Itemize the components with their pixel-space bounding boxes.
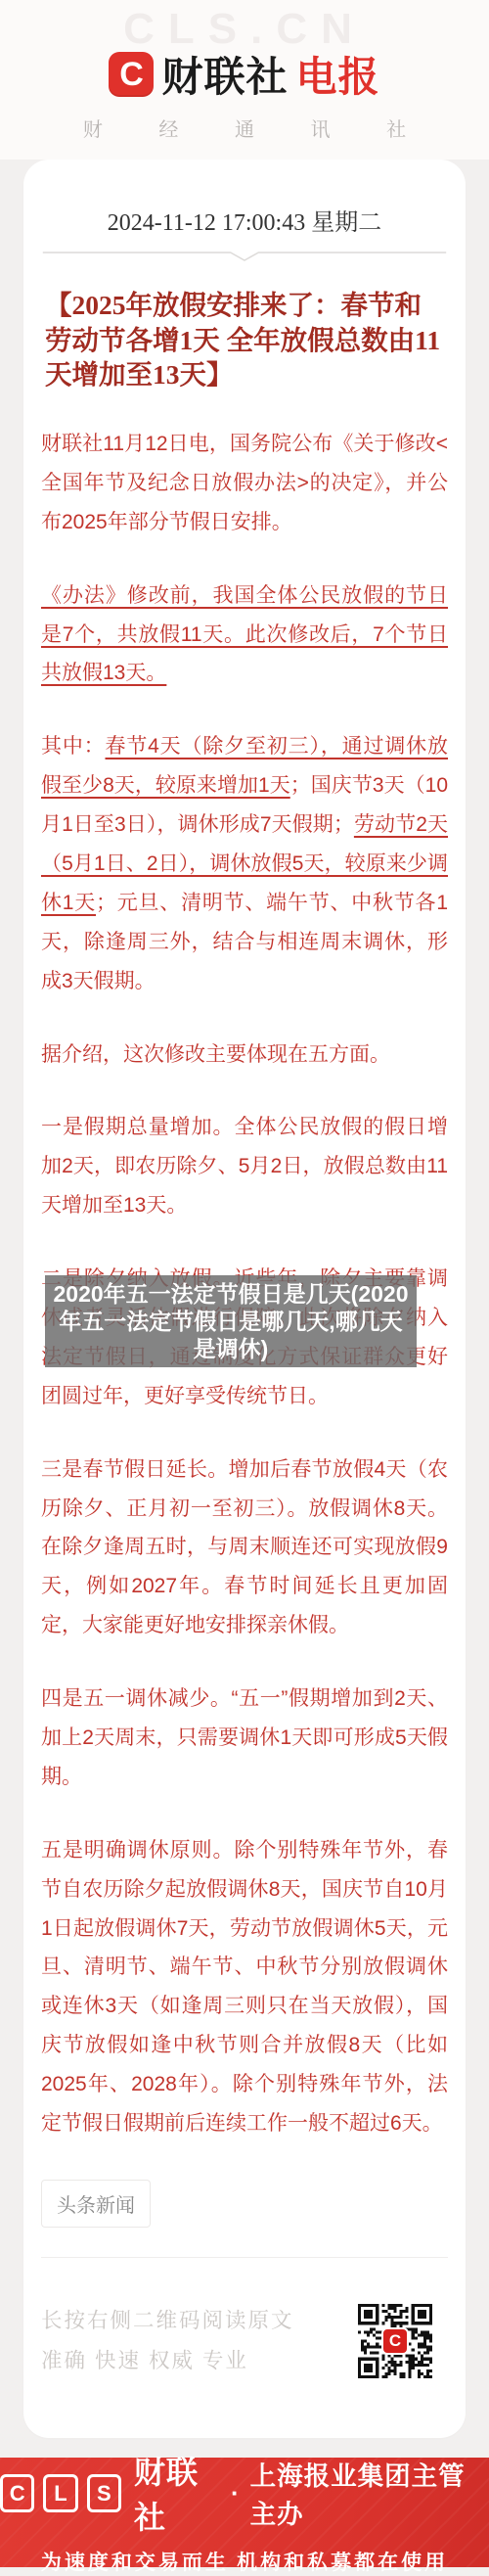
paragraph-point-four-text: 四是五一调休减少。“五一”假期增加到2天、加上2天周末，只需要调休1天即可形成5… (41, 1687, 448, 1788)
brand-subtitle: 财 经 通 讯 社 (0, 114, 489, 142)
qr-center-c-icon: C (381, 2327, 409, 2355)
paragraph-point-two-wrap: 二是除夕纳入放假。近些年，除夕主要靠调休或者灵活休假进行保障。此次将除夕纳入法定… (41, 1260, 448, 1416)
banner-host-text: 上海报业集团主管主办 (250, 2455, 489, 2531)
app-header: CLS.CN C 财联社电报 财 经 通 讯 社 (0, 0, 489, 160)
breakdown-intro: 其中： (41, 735, 106, 758)
tag-headline-news[interactable]: 头条新闻 (41, 2180, 151, 2228)
paragraph-intro-five-text: 据介绍，这次修改主要体现在五方面。 (41, 1043, 390, 1066)
banner-slogan: 为速度和交易而生 机构和私募都在使用 (41, 2547, 448, 2576)
paragraph-point-one: 一是假期总量增加。全体公民放假的假日增加2天，即农历除夕、5月2日，放假总数由1… (41, 1108, 448, 1225)
paragraph-lead: 财联社11月12日电，国务院公布《关于修改<全国年节及纪念日放假办法>的决定》，… (41, 425, 448, 542)
cls-c-logo-icon: C (109, 52, 154, 97)
paragraph-intro-five: 据介绍，这次修改主要体现在五方面。 (41, 1035, 448, 1075)
banner-brand-row: C L S 财联社 · 上海报业集团主管主办 (0, 2448, 489, 2538)
paragraph-lead-text: 财联社11月12日电，国务院公布《关于修改<全国年节及纪念日放假办法>的决定》，… (41, 433, 448, 533)
breakdown-otherholidays: ；元旦、清明节、端午节、中秋节各1天，除逢周三外，结合与相连周末调休，形成3天假… (41, 892, 448, 992)
paragraph-point-five: 五是明确调休原则。除个别特殊年节外，春节自农历除夕起放假调休8天，国庆节自10月… (41, 1831, 448, 2143)
brand-name: 财联社 (161, 45, 288, 104)
paragraph-before-after-text: 《办法》修改前，我国全体公民放假的节日是7个，共放假11天。此次修改后，7个节日… (41, 584, 448, 685)
card-divider (41, 2257, 448, 2258)
date-divider (41, 251, 448, 262)
brand-suffix: 电报 (296, 45, 380, 104)
bottom-banner: C L S 财联社 · 上海报业集团主管主办 为速度和交易而生 机构和私募都在使… (0, 2458, 489, 2567)
banner-dot: · (231, 2478, 240, 2508)
paragraph-point-one-text: 一是假期总量增加。全体公民放假的假日增加2天，即农历除夕、5月2日，放假总数由1… (41, 1116, 448, 1217)
article-title: 【2025年放假安排来了：春节和劳动节各增1天 全年放假总数由11天增加至13天… (45, 288, 444, 391)
banner-brand-name: 财联社 (134, 2448, 220, 2538)
paragraph-point-four: 四是五一调休减少。“五一”假期增加到2天、加上2天周末，只需要调休1天即可形成5… (41, 1679, 448, 1797)
qr-hint-line1: 长按右侧二维码阅读原文 (41, 2301, 294, 2341)
cls-letter-s: S (87, 2474, 121, 2512)
article-datetime: 2024-11-12 17:00:43 星期二 (41, 203, 448, 237)
article-card: 2024-11-12 17:00:43 星期二 【2025年放假安排来了：春节和… (23, 160, 466, 2437)
brand-logo: C 财联社电报 (0, 45, 489, 104)
card-footer: 长按右侧二维码阅读原文 准确 快速 权威 专业 C (41, 2301, 448, 2381)
paragraph-before-after: 《办法》修改前，我国全体公民放假的节日是7个，共放假11天。此次修改后，7个节日… (41, 576, 448, 694)
qr-code: C (358, 2304, 432, 2378)
paragraph-breakdown: 其中：春节4天（除夕至初三），通过调休放假至少8天，较原来增加1天；国庆节3天（… (41, 727, 448, 1000)
paragraph-point-three-text: 三是春节假日延长。增加后春节放假4天（农历除夕、正月初一至初三）。放假调休8天。… (41, 1458, 448, 1637)
qr-hint-line2: 准确 快速 权威 专业 (41, 2341, 294, 2381)
cls-letter-c: C (0, 2474, 34, 2512)
cls-letter-l: L (43, 2474, 77, 2512)
qr-hint-text: 长按右侧二维码阅读原文 准确 快速 权威 专业 (41, 2301, 294, 2381)
paragraph-point-five-text: 五是明确调休原则。除个别特殊年节外，春节自农历除夕起放假调休8天，国庆节自10月… (41, 1839, 448, 2135)
seo-caption-overlay: 2020年五一法定节假日是几天(2020年五一法定节假日是哪几天,哪几天是调休) (45, 1275, 417, 1367)
paragraph-point-three: 三是春节假日延长。增加后春节放假4天（农历除夕、正月初一至初三）。放假调休8天。… (41, 1450, 448, 1645)
